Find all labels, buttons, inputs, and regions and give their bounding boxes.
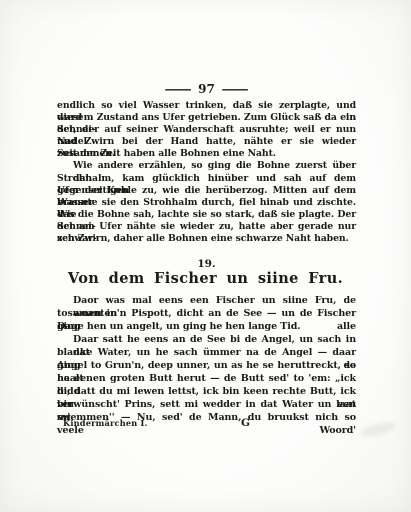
text-line: Angel to Grun'n, deep unner, un as he se… (57, 359, 356, 372)
text-line: tosamen in'n Pispott, dicht an de See — … (57, 307, 356, 320)
running-head: —97— (57, 82, 356, 96)
text-line: Seit der Zeit haben alle Bohnen eine Nah… (57, 148, 356, 160)
text-line: brannte sie den Strohhalm durch, fiel hi… (57, 197, 356, 209)
text-line: di, datt du mi lewen lettst, ick bin kee… (57, 385, 356, 398)
text-line: das die Bohne sah, lachte sie so stark, … (57, 209, 356, 221)
text-line: Daor was mal eens een Fischer un siine F… (57, 294, 356, 307)
story-body-text: Daor was mal eens een Fischer un siine F… (57, 294, 356, 424)
volume-catchword: Kindermärchen I. (63, 418, 148, 428)
text-line: blanke Water, un he sach ümmer na de Ang… (57, 346, 356, 359)
gathering-signature-mark: G (241, 417, 250, 429)
footer-signature-line: Kindermärchen I. G (57, 417, 356, 429)
story-title: Von dem Fischer un siine Fru. (0, 271, 411, 287)
text-line: Strohhalm, kam glücklich hinüber und sah… (57, 173, 356, 185)
text-line: Ufer der Kohle zu, wie die herüberzog. M… (57, 185, 356, 197)
text-line: Wie andere erzählen, so ging die Bohne z… (57, 160, 356, 172)
text-line: Daar satt he eens an de See bi de Angel,… (57, 333, 356, 346)
text-line: zen Zwirn, daher alle Bohnen eine schwar… (57, 233, 356, 245)
text-line: diesem Zustand ans Ufer getrieben. Zum G… (57, 112, 356, 124)
book-page-scan: —97— endlich so viel Wasser trinken, daß… (0, 0, 411, 512)
text-line: endlich so viel Wasser trinken, daß sie … (57, 100, 356, 112)
text-line: der, der auf seiner Wanderschaft ausruht… (57, 124, 356, 136)
scan-smudge-artifact (359, 420, 397, 439)
text-line: he eenen groten Butt herut — de Butt sed… (57, 372, 356, 385)
page-number: 97 (198, 82, 215, 96)
text-line: der am Ufer nähte sie wieder zu, hatte a… (57, 221, 356, 233)
header-dash-right: — (220, 82, 249, 96)
previous-story-ending-text: endlich so viel Wasser trinken, daß sie … (57, 100, 356, 245)
header-dash-left: — (164, 82, 193, 96)
text-line: und Zwirn bei der Hand hatte, nähte er s… (57, 136, 356, 148)
story-section-number: 19. (57, 259, 356, 270)
text-line: verwünscht' Prins, sett mi wedder in dat… (57, 398, 356, 411)
